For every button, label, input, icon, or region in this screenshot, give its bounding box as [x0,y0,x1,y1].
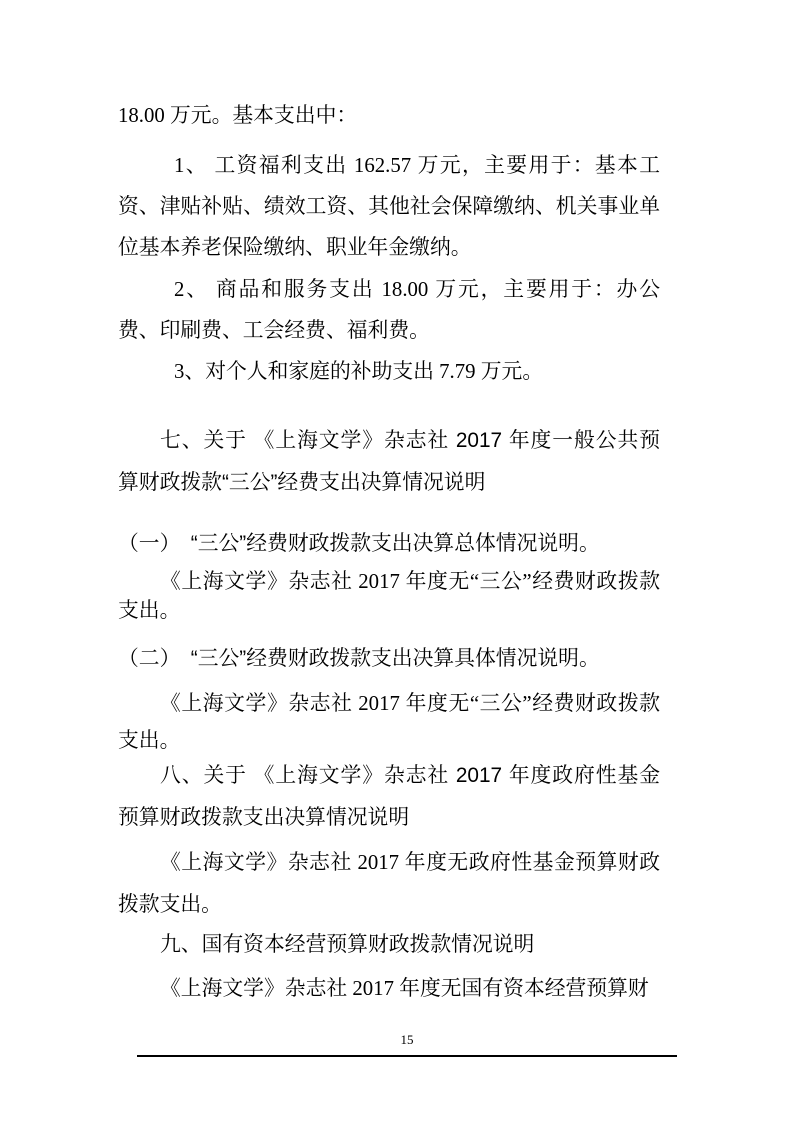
section7-sub1-heading: （一） “三公”经费财政拨款支出决算总体情况说明。 [118,526,660,562]
section7-sub2-heading: （二） “三公”经费财政拨款支出决算具体情况说明。 [118,641,660,677]
section9-heading: 九、国有资本经营预算财政拨款情况说明 [118,924,660,966]
section8-heading: 八、关于 《上海文学》杂志社 2017 年度政府性基金预算财政拨款支出决算情况说… [118,755,660,839]
paragraph-item1-salary-welfare: 1、 工资福利支出 162.57 万元，主要用于：基本工资、津贴补贴、绩效工资、… [118,145,660,268]
section7-heading: 七、关于 《上海文学》杂志社 2017 年度一般公共预算财政拨款“三公”经费支出… [118,420,660,504]
document-body: 18.00 万元。基本支出中： 1、 工资福利支出 162.57 万元，主要用于… [118,95,660,1009]
page-number: 15 [137,1032,677,1048]
section7-sub2-body: 《上海文学》杂志社 2017 年度无“三公”经费财政拨款支出。 [118,685,660,759]
section8-body: 《上海文学》杂志社 2017 年度无政府性基金预算财政拨款支出。 [118,842,660,926]
paragraph-basic-expenditure-intro: 18.00 万元。基本支出中： [118,95,660,136]
section9-body: 《上海文学》杂志社 2017 年度无国有资本经营预算财 [118,968,660,1009]
section7-sub1-body: 《上海文学》杂志社 2017 年度无“三公”经费财政拨款支出。 [118,567,660,625]
footer-rule [137,1055,677,1057]
paragraph-item2-goods-services: 2、 商品和服务支出 18.00 万元，主要用于：办公费、印刷费、工会经费、福利… [118,269,660,351]
paragraph-item3-individual-family-subsidy: 3、对个人和家庭的补助支出 7.79 万元。 [118,351,660,392]
document-page: 18.00 万元。基本支出中： 1、 工资福利支出 162.57 万元，主要用于… [0,0,793,1122]
